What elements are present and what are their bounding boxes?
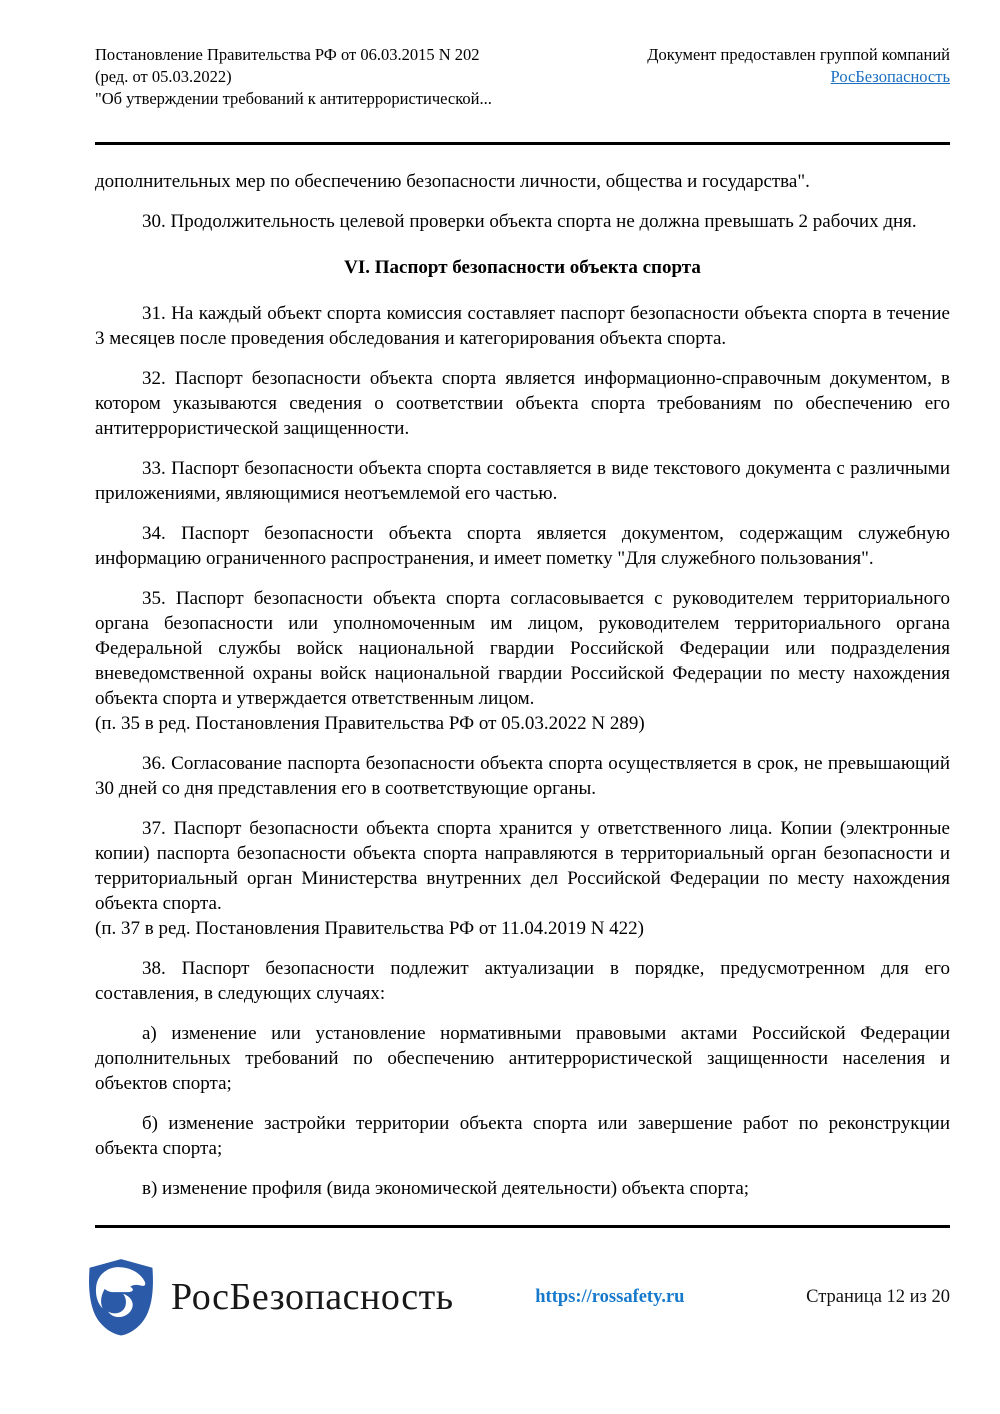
paragraph-continuation: дополнительных мер по обеспечению безопа…	[95, 169, 950, 194]
subparagraph-b: б) изменение застройки территории объект…	[95, 1111, 950, 1161]
paragraph-31: 31. На каждый объект спорта комиссия сос…	[95, 301, 950, 351]
brand-logo: РосБезопасность	[85, 1258, 454, 1336]
paragraph-32: 32. Паспорт безопасности объекта спорта …	[95, 366, 950, 441]
provider-text: Документ предоставлен группой компаний	[647, 44, 950, 66]
paragraph-37: 37. Паспорт безопасности объекта спорта …	[95, 816, 950, 916]
paragraph-block: 36. Согласование паспорта безопасности о…	[95, 751, 950, 801]
paragraph-35: 35. Паспорт безопасности объекта спорта …	[95, 586, 950, 711]
paragraph-block: 33. Паспорт безопасности объекта спорта …	[95, 456, 950, 506]
provider-link[interactable]: РосБезопасность	[831, 67, 950, 86]
page-number: Страница 12 из 20	[806, 1287, 950, 1308]
paragraph-block: б) изменение застройки территории объект…	[95, 1111, 950, 1161]
footer-site-link[interactable]: https://rossafety.ru	[414, 1287, 807, 1308]
paragraph-block: 32. Паспорт безопасности объекта спорта …	[95, 366, 950, 441]
document-title-line-1: Постановление Правительства РФ от 06.03.…	[95, 44, 492, 66]
subparagraph-v: в) изменение профиля (вида экономической…	[95, 1176, 950, 1201]
shield-eagle-icon	[85, 1258, 157, 1336]
document-body: дополнительных мер по обеспечению безопа…	[95, 145, 950, 1201]
paragraph-38: 38. Паспорт безопасности подлежит актуал…	[95, 956, 950, 1006]
paragraph-block: в) изменение профиля (вида экономической…	[95, 1176, 950, 1201]
document-title-line-3: "Об утверждении требований к антитеррори…	[95, 88, 492, 110]
section-heading: VI. Паспорт безопасности объекта спорта	[95, 255, 950, 280]
paragraph-34: 34. Паспорт безопасности объекта спорта …	[95, 521, 950, 571]
paragraph-block: 35. Паспорт безопасности объекта спорта …	[95, 586, 950, 736]
paragraph-37-revision-note: (п. 37 в ред. Постановления Правительств…	[95, 916, 950, 941]
page-footer: РосБезопасность https://rossafety.ru Стр…	[85, 1258, 950, 1336]
provider-block: Документ предоставлен группой компаний Р…	[647, 44, 950, 88]
document-page: Постановление Правительства РФ от 06.03.…	[0, 0, 1000, 1414]
paragraph-35-revision-note: (п. 35 в ред. Постановления Правительств…	[95, 711, 950, 736]
footer-divider	[95, 1225, 950, 1228]
brand-name: РосБезопасность	[171, 1275, 454, 1319]
paragraph-33: 33. Паспорт безопасности объекта спорта …	[95, 456, 950, 506]
page-header: Постановление Правительства РФ от 06.03.…	[95, 44, 950, 110]
paragraph-block: дополнительных мер по обеспечению безопа…	[95, 169, 950, 194]
paragraph-block: 30. Продолжительность целевой проверки о…	[95, 209, 950, 234]
paragraph-block: 34. Паспорт безопасности объекта спорта …	[95, 521, 950, 571]
document-title-line-2: (ред. от 05.03.2022)	[95, 66, 492, 88]
paragraph-block: 37. Паспорт безопасности объекта спорта …	[95, 816, 950, 941]
paragraph-block: а) изменение или установление нормативны…	[95, 1021, 950, 1096]
document-title-block: Постановление Правительства РФ от 06.03.…	[95, 44, 492, 110]
subparagraph-a: а) изменение или установление нормативны…	[95, 1021, 950, 1096]
paragraph-36: 36. Согласование паспорта безопасности о…	[95, 751, 950, 801]
paragraph-block: 31. На каждый объект спорта комиссия сос…	[95, 301, 950, 351]
paragraph-block: 38. Паспорт безопасности подлежит актуал…	[95, 956, 950, 1006]
paragraph-30: 30. Продолжительность целевой проверки о…	[95, 209, 950, 234]
